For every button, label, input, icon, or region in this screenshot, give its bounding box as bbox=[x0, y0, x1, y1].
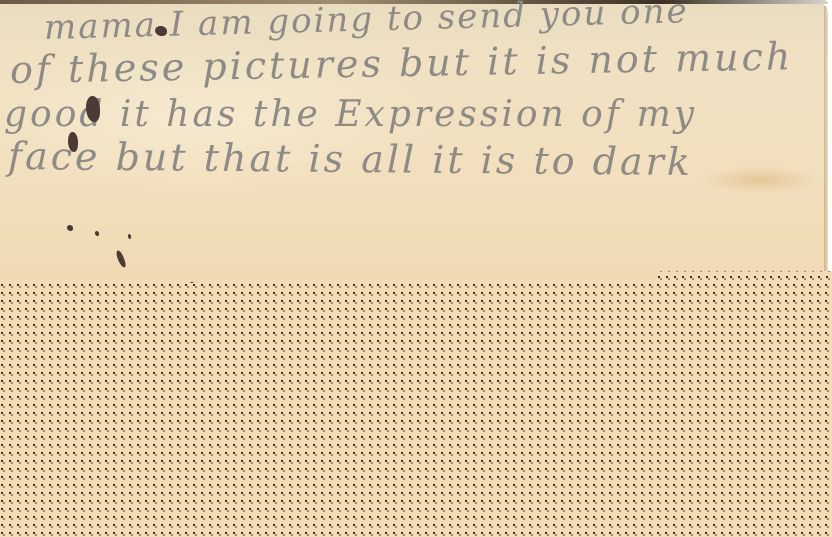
postcard: mama I am going to send you one of these… bbox=[0, 0, 828, 300]
ink-stain bbox=[155, 26, 167, 36]
ink-stain bbox=[68, 132, 78, 152]
handwriting-line-3: good it has the Expression of my bbox=[4, 94, 697, 135]
ink-stain bbox=[67, 225, 73, 231]
handwriting-line-4: face but that is all it is to dark bbox=[8, 134, 693, 184]
ink-stain bbox=[115, 250, 127, 269]
card-right-edge bbox=[824, 6, 828, 296]
dither-overlay-step bbox=[657, 271, 832, 283]
ink-stain bbox=[86, 96, 100, 122]
dither-overlay bbox=[0, 283, 832, 537]
ink-stain bbox=[95, 231, 99, 236]
ink-stain bbox=[128, 234, 131, 239]
